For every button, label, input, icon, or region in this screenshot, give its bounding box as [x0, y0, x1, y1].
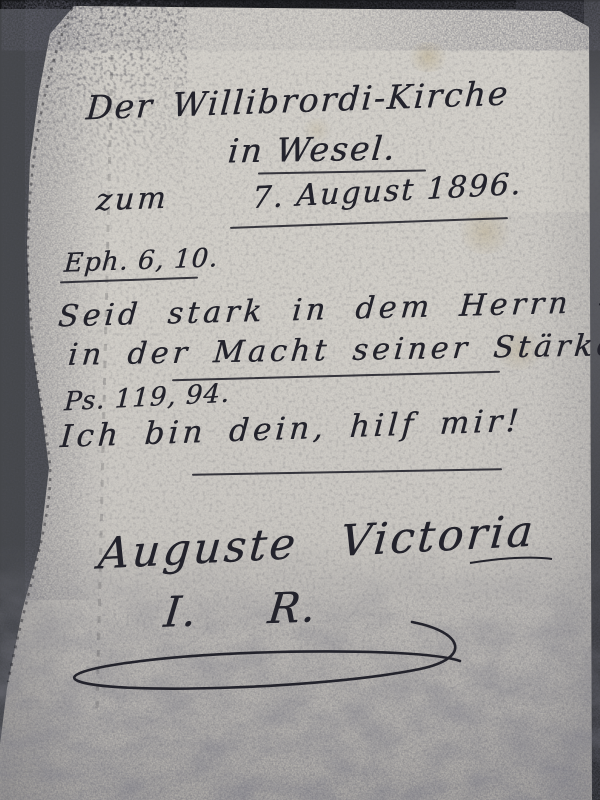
dedication-line-2: in Wesel. — [227, 132, 398, 168]
photo-of-document: Der Willibrordi-Kirche in Wesel. zum 7. … — [0, 0, 600, 800]
date-prefix: zum — [95, 184, 170, 217]
ephesians-verse-line-2: in der Macht seiner Stärke — [67, 331, 600, 371]
ephesians-reference: Eph. 6, 10. — [63, 245, 219, 276]
paper-stain — [405, 42, 451, 72]
signature-initials: I. R. — [162, 586, 320, 634]
